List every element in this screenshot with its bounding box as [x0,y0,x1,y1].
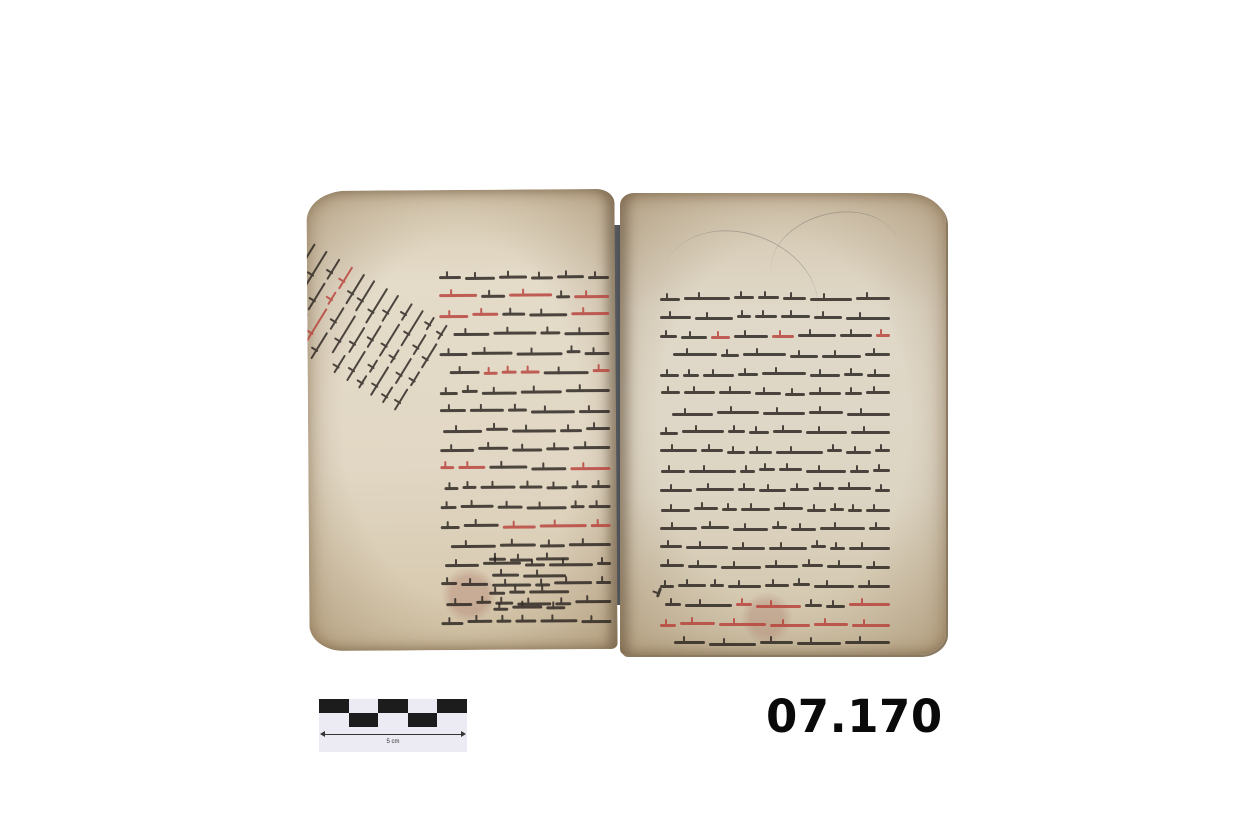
script-line [650,617,890,631]
script-line [439,614,611,629]
manuscript-photograph [0,0,1253,835]
script-line [438,403,610,418]
script-line [437,327,609,342]
script-line [650,464,890,478]
script-line [650,483,890,497]
scale-bar-bottom-row [319,713,467,727]
script-line [492,570,566,582]
scale-bar-top-row [319,699,467,713]
script-line [439,518,611,533]
script-line [650,445,890,459]
script-line [650,425,890,439]
script-line [437,307,609,322]
script-line [650,579,890,593]
script-line [650,387,890,401]
script-line [650,368,890,382]
script-line [439,538,611,553]
script-line [650,310,890,324]
script-line [438,480,610,495]
script-line [493,602,565,614]
script-line [438,365,610,380]
script-line [650,291,890,305]
script-line [438,384,610,399]
colophon [479,554,579,614]
catalog-number: 07.170 [766,694,943,739]
script-line [439,499,611,514]
script-line [438,422,610,437]
left-page [306,189,617,651]
script-line [438,442,610,457]
script-line [489,554,569,566]
page-marker [654,585,668,601]
script-line [437,269,609,284]
script-line [437,288,609,303]
scale-label: 5 cm [319,739,467,745]
script-line [489,586,569,598]
scale-arrow [323,734,463,735]
script-line [650,329,890,343]
script-line [437,346,609,361]
right-page-main-text [650,291,890,655]
script-line [650,540,890,554]
script-line [650,502,890,516]
script-line [650,636,890,650]
script-line [650,598,890,612]
script-line [650,521,890,535]
scale-bar: 5 cm [319,699,467,752]
script-line [650,560,890,574]
right-page [620,193,946,655]
script-line [650,406,890,420]
script-line [438,461,610,476]
script-line [650,349,890,363]
